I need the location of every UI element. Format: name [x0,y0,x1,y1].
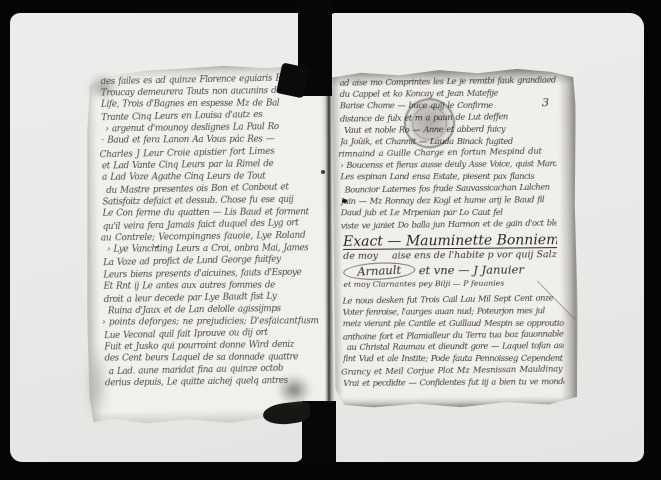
binding-gutter-line [325,88,333,406]
signature-trail: et vne — J Januier [419,262,524,277]
left-page-text: des failes es ad quinze Florence eguiari… [83,62,334,390]
ink-blot [342,199,347,203]
smudge-bottom-gutter [276,374,312,406]
right-page-bottom-text: Le nous desken fut Trois Cail Lau Mil Se… [333,288,578,390]
signature-main-line: Exact — Mauminette Bonniema [343,232,557,251]
right-page-top-text: ad aise mo Comprintes les Le je remtbi f… [332,67,577,232]
signature-flourish-line: Arnault et vne — J Januier [343,261,557,280]
archive-stamp-icon [404,98,455,148]
signature-de-moy: de moy [343,250,378,262]
ink-blot [321,170,325,174]
handwriting-line: Vrai et pecdidte — Confidentes fut iij a… [343,376,564,390]
handwriting-line: Voter fenroise, l'aurges auan nud; Poteu… [343,305,564,319]
manuscript-page-left: des failes es ad quinze Florence eguiari… [83,62,334,425]
ink-blot [156,246,158,248]
signature-main-text: Exact — Mauminette Bonniema [343,232,557,250]
signature-block: Exact — Mauminette Bonniema de moy aise … [333,230,577,290]
handwriting-line: du Cappel et ko Koncay et Jean Matefije [340,87,556,101]
smudge-top-left-corner [88,74,118,100]
microfilm-scan: des failes es ad quinze Florence eguiari… [0,0,661,480]
manuscript-page-right: ad aise mo Comprintes les Le je remtbi f… [332,67,579,409]
flourished-signature: Arnault [343,261,415,281]
handwriting-line: Juin — Mz Ronnay dez Kogl et hume arij l… [341,194,557,208]
folio-number: 3 [542,95,549,109]
smudge-left-edge [84,345,110,425]
